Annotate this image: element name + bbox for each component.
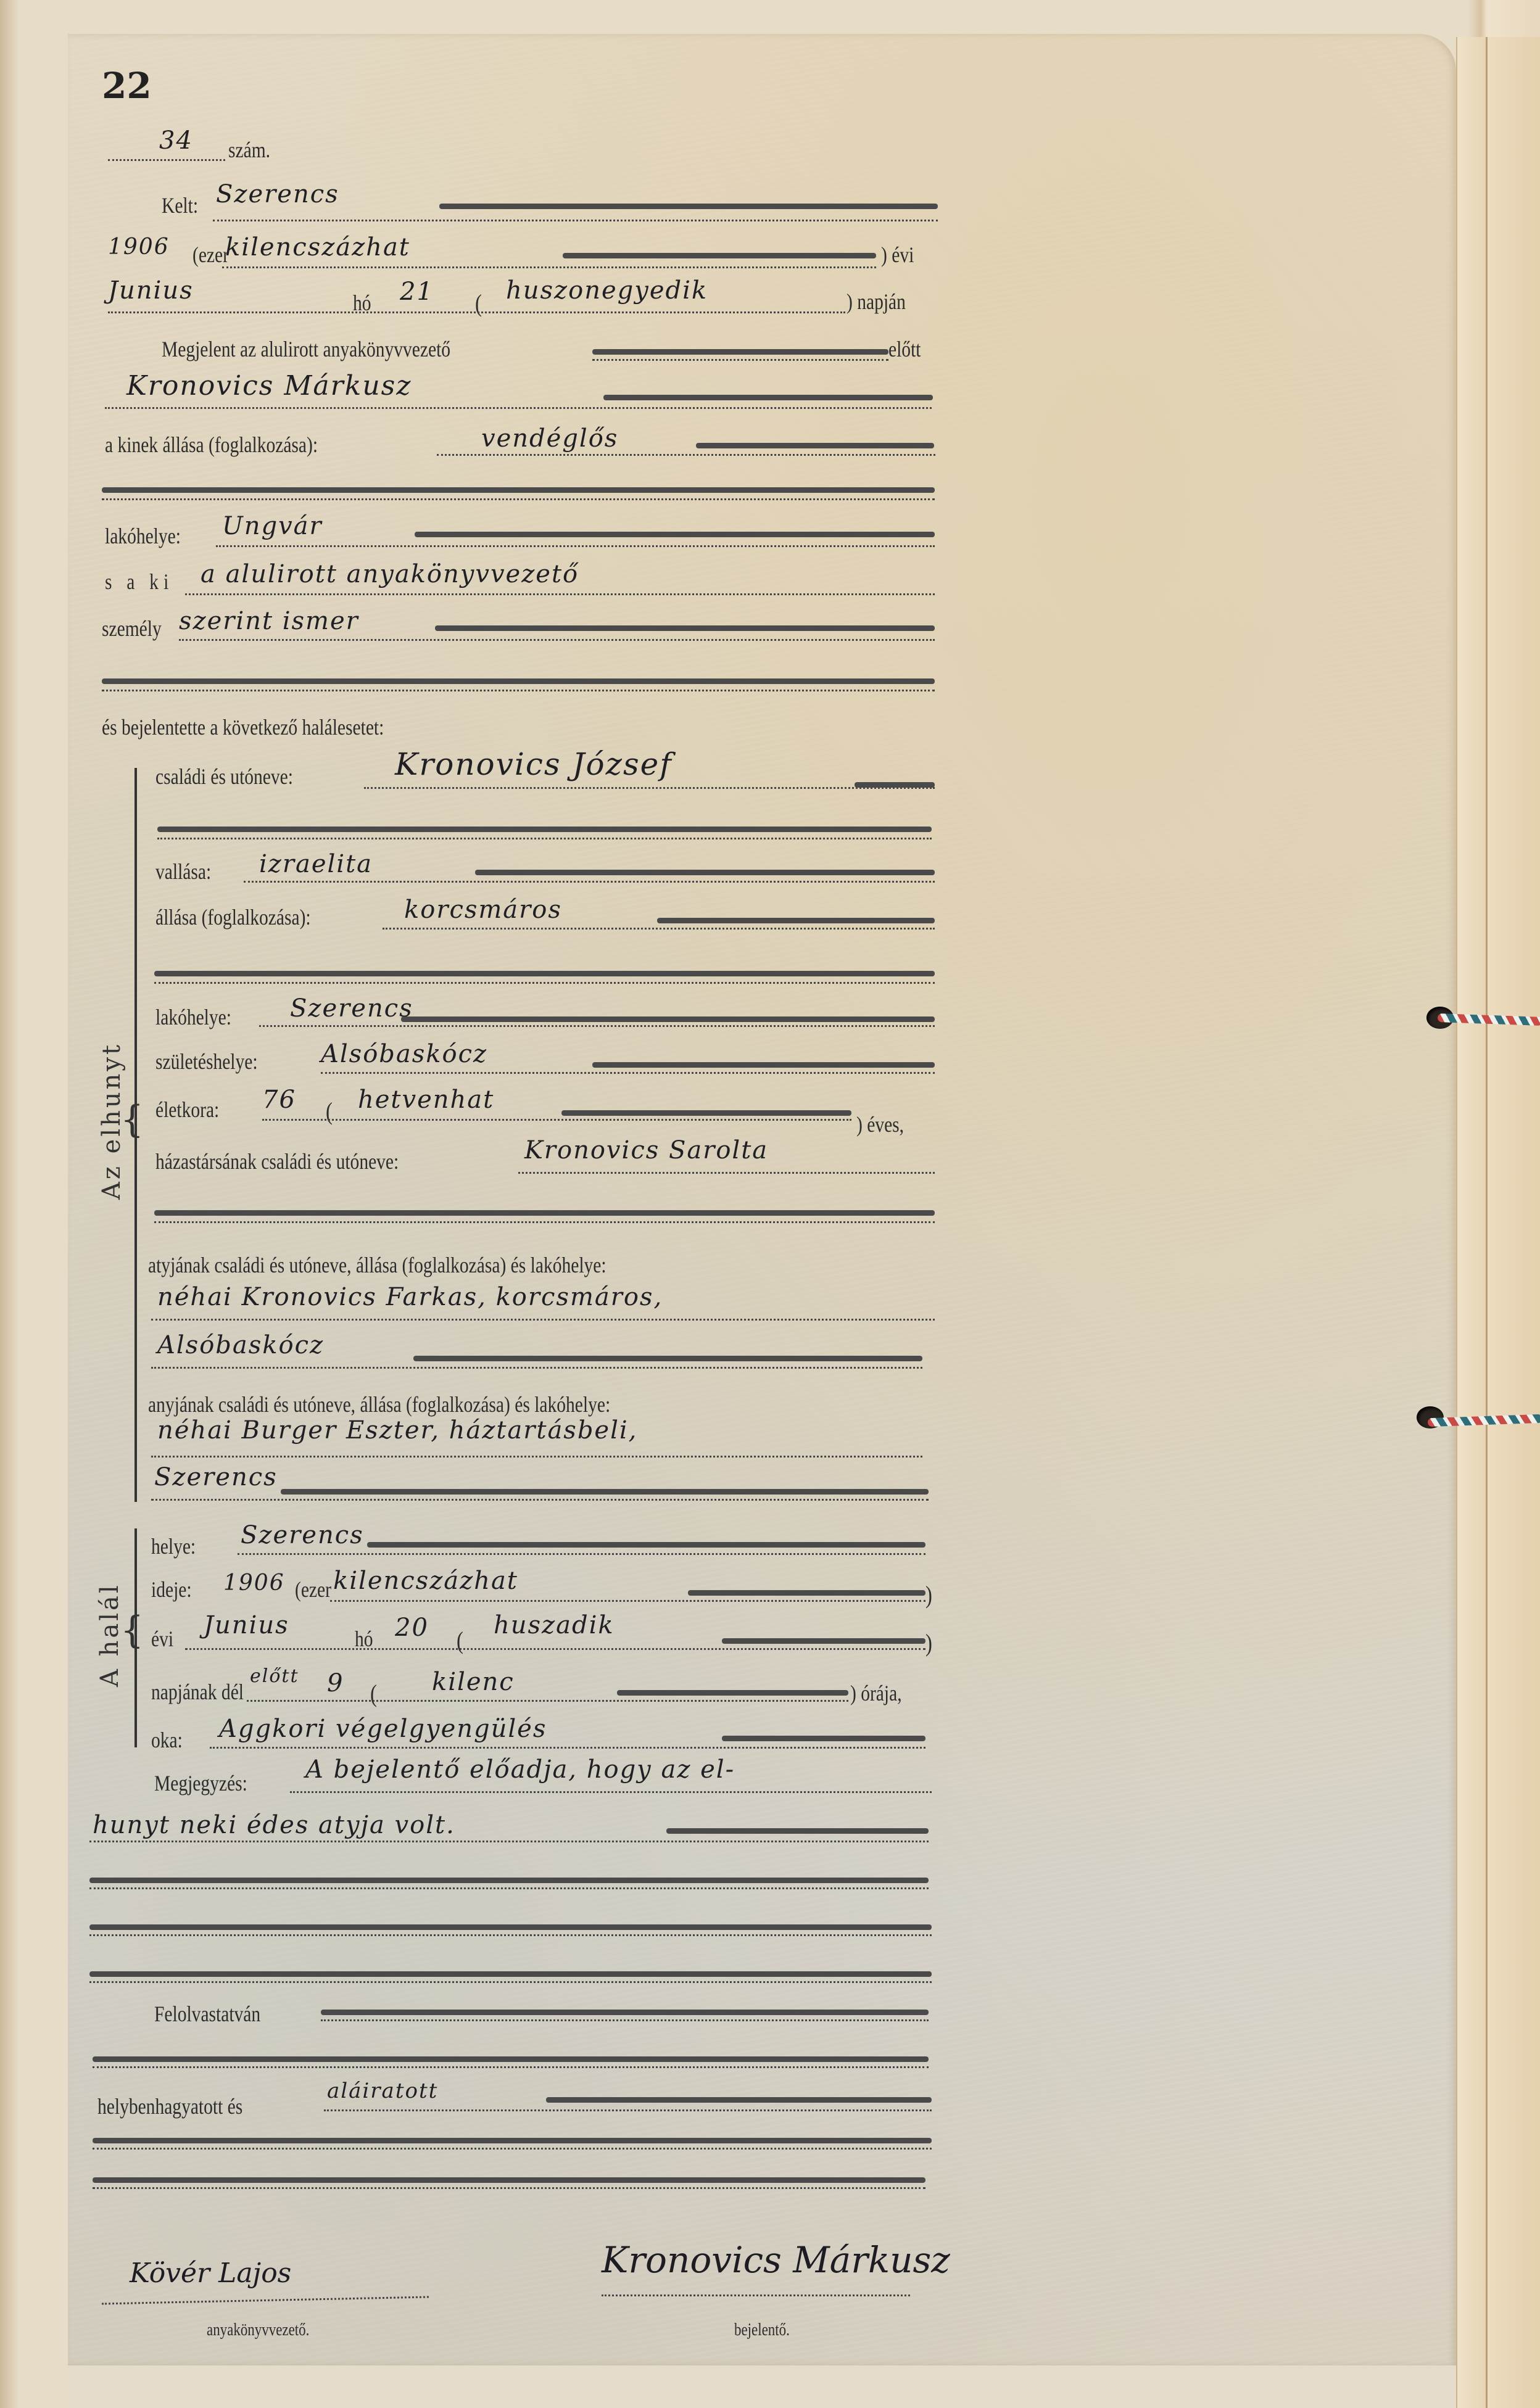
death-month: Junius: [204, 1611, 289, 1639]
death-year-words: kilencszázhat: [333, 1567, 518, 1595]
informant-occupation-label: a kinek állása (foglalkozása):: [105, 432, 318, 458]
reg-month: Junius: [108, 276, 194, 305]
remarks-blank-line-2-rule: [89, 1924, 932, 1930]
remarks-field-line-1: [290, 1791, 932, 1793]
kelt-label: Kelt:: [162, 192, 198, 218]
father-value-line2: Alsóbaskócz: [157, 1331, 324, 1359]
age-fill-rule: [561, 1110, 851, 1116]
birthplace-field-line: [321, 1072, 935, 1074]
age-field-line: [262, 1119, 851, 1121]
deceased-occupation-fill-rule: [657, 918, 935, 923]
entry-number-field-line: [108, 159, 225, 161]
read-fill-rule: [321, 2010, 929, 2015]
deceased-residence-value: Szerencs: [290, 994, 413, 1023]
known-label: s a ki: [105, 569, 174, 595]
read-label: Felolvastatván: [154, 2001, 260, 2027]
death-evi-label: évi: [151, 1626, 173, 1652]
birthplace-label: születéshelye:: [155, 1049, 258, 1074]
approved-fill-rule: [546, 2097, 932, 2103]
closing-blank-line-3-dots: [93, 2187, 925, 2189]
mother-field-line-1: [151, 1456, 922, 1458]
deceased-occupation-value: korcsmáros: [404, 896, 562, 924]
appeared-field-line: [592, 359, 888, 361]
known-field-line: [185, 593, 935, 595]
blank-line-1-rule: [102, 487, 935, 493]
death-cause-value: Aggkori végelgyengülés: [219, 1715, 547, 1743]
mother-value-line2: Szerencs: [154, 1463, 278, 1491]
informant-residence-value: Ungvár: [222, 512, 323, 540]
appeared-suffix: előtt: [888, 336, 921, 362]
deceased-blank-line-3-dots: [154, 1221, 935, 1223]
closing-blank-line-1-dots: [93, 2066, 929, 2068]
page-number: 22: [102, 65, 152, 107]
blank-line-2-rule: [102, 678, 935, 684]
reg-day-words: huszonegyedik: [506, 276, 708, 305]
appeared-label: Megjelent az alulirott anyakönyvvezető: [162, 336, 450, 362]
death-year-paren-close: ): [925, 1580, 932, 1609]
year-fill-rule: [563, 253, 876, 258]
entry-number: 34: [159, 126, 193, 155]
remarks-label: Megjegyzés:: [154, 1770, 247, 1796]
remarks-line1: A bejelentő előadja, hogy az el-: [305, 1755, 735, 1784]
remarks-blank-line-3-rule: [89, 1971, 932, 1977]
death-year-words-prefix: (ezer: [295, 1577, 331, 1602]
death-cause-fill-rule: [722, 1736, 925, 1741]
death-year-digits: 1906: [223, 1570, 285, 1596]
mother-field-line-2: [151, 1499, 929, 1501]
remarks-field-line-2: [89, 1841, 929, 1842]
person-fill-rule: [435, 625, 935, 631]
birthplace-fill-rule: [592, 1062, 935, 1068]
kelt-fill-rule: [439, 204, 938, 209]
adjacent-page-edge: [1488, 37, 1540, 2408]
death-hour-fill-rule: [617, 1690, 848, 1696]
death-cause-label: oka:: [151, 1727, 183, 1753]
binding-edge: [1456, 37, 1487, 2408]
informant-caption: bejelentő.: [734, 2320, 790, 2340]
deceased-name-label: családi és utóneve:: [155, 764, 293, 790]
closing-blank-line-3-rule: [93, 2177, 925, 2183]
informant-residence-fill-rule: [415, 532, 935, 537]
deceased-residence-label: lakóhelye:: [155, 1004, 231, 1030]
father-value-line1: néhai Kronovics Farkas, korcsmáros,: [157, 1283, 663, 1311]
deceased-blank-line-2-dots: [154, 982, 935, 984]
informant-signature-line: [602, 2295, 910, 2296]
remarks-fill-rule: [666, 1828, 929, 1834]
informant-name: Kronovics Márkusz: [126, 370, 412, 402]
informant-occupation-value: vendéglős: [481, 424, 618, 453]
spouse-field-line: [518, 1172, 935, 1174]
death-hour: 9: [327, 1669, 344, 1697]
mother-value-line1: néhai Burger Eszter, háztartásbeli,: [157, 1416, 637, 1445]
registrar-signature: Kövér Lajos: [130, 2257, 291, 2289]
deceased-blank-line-3-rule: [154, 1210, 935, 1216]
deceased-blank-line-1-dots: [157, 838, 932, 839]
father-fill-rule: [413, 1356, 922, 1361]
father-field-line-2: [151, 1367, 922, 1369]
death-hour-paren-open: (: [370, 1679, 377, 1708]
death-time-label: ideje:: [151, 1577, 192, 1602]
approved-label: helybenhagyatott és: [97, 2093, 242, 2119]
informant-residence-label: lakóhelye:: [105, 523, 181, 549]
reg-day-suffix: ) napján: [847, 289, 906, 315]
person-label: személy: [102, 616, 162, 641]
read-field-line: [321, 2019, 929, 2021]
death-day-paren-close: ): [925, 1628, 932, 1657]
year-suffix: ) évi: [881, 242, 914, 268]
death-day-paren-open: (: [457, 1626, 463, 1655]
age-words: hetvenhat: [358, 1086, 494, 1114]
mother-fill-rule: [281, 1489, 929, 1495]
death-hour-words: kilenc: [432, 1668, 515, 1696]
deceased-name-fill-rule: [855, 782, 935, 788]
death-place-field-line: [238, 1553, 925, 1555]
death-day: 20: [395, 1614, 429, 1642]
closing-blank-line-2-dots: [93, 2148, 932, 2150]
death-year-fill-rule: [688, 1590, 925, 1596]
appeared-fill-rule: [592, 349, 888, 355]
reg-day: 21: [400, 278, 434, 306]
religion-value: izraelita: [259, 850, 373, 878]
person-field-line: [179, 639, 935, 641]
approved-field-line: [324, 2109, 932, 2111]
remarks-blank-line-1-dots: [89, 1887, 929, 1889]
entry-number-label: szám.: [228, 137, 270, 163]
age-paren-open: (: [326, 1097, 333, 1126]
informant-signature: Kronovics Márkusz: [602, 2239, 950, 2281]
known-value: a alulirott anyakönyvvezető: [201, 560, 579, 588]
closing-blank-line-1-rule: [93, 2056, 929, 2062]
registrar-caption: anyakönyvvezető.: [207, 2320, 309, 2340]
death-place-value: Szerencs: [241, 1521, 364, 1549]
death-hour-period: előtt: [250, 1665, 299, 1687]
religion-fill-rule: [475, 870, 935, 875]
death-hour-suffix: ) órája,: [850, 1680, 902, 1706]
remarks-blank-line-3-dots: [89, 1981, 932, 1983]
death-place-fill-rule: [367, 1542, 925, 1548]
spouse-label: házastársának családi és utóneve:: [155, 1148, 399, 1174]
death-day-field-line: [185, 1648, 925, 1650]
informant-residence-field-line: [216, 545, 935, 547]
deceased-section-label: Az elhunyt: [97, 1042, 126, 1200]
informant-occupation-field-line: [437, 454, 935, 456]
age-label: életkora:: [155, 1097, 219, 1123]
death-section-label: A halál: [96, 1583, 124, 1687]
age-value: 76: [262, 1086, 296, 1114]
remarks-blank-line-2-dots: [89, 1934, 932, 1936]
kelt-value: Szerencs: [216, 180, 339, 208]
year-field-line: [222, 266, 876, 268]
death-hour-field-line: [247, 1700, 848, 1702]
blank-line-2-dots: [102, 690, 935, 691]
deceased-residence-field-line: [259, 1025, 935, 1027]
remarks-line2: hunyt neki édes atyja volt.: [93, 1811, 455, 1839]
spouse-value: Kronovics Sarolta: [524, 1136, 768, 1165]
approved-value: aláiratott: [327, 2079, 438, 2103]
kelt-field-line: [213, 220, 938, 221]
birthplace-value: Alsóbaskócz: [321, 1040, 487, 1068]
person-value: szerint ismer: [179, 607, 359, 635]
death-day-words: huszadik: [494, 1611, 615, 1639]
informant-occupation-fill-rule: [696, 443, 934, 448]
deceased-blank-line-2-rule: [154, 971, 935, 976]
reg-day-field-line: [108, 311, 845, 313]
death-place-label: helye:: [151, 1533, 196, 1559]
closing-blank-line-2-rule: [93, 2138, 932, 2143]
religion-field-line: [244, 881, 935, 883]
father-field-line-1: [151, 1319, 935, 1321]
year-digits: 1906: [108, 234, 170, 260]
informant-name-fill-rule: [603, 395, 933, 400]
blank-line-1-dots: [102, 498, 935, 500]
death-hour-label: napjának dél: [151, 1679, 244, 1705]
informant-name-field-line: [105, 407, 932, 409]
religion-label: vallása:: [155, 859, 211, 884]
death-day-fill-rule: [722, 1638, 925, 1644]
year-words: kilencszázhat: [225, 233, 410, 262]
deceased-name-value: Kronovics József: [395, 746, 673, 782]
death-cause-field-line: [210, 1747, 925, 1749]
mother-label: anyjának családi és utóneve, állása (fog…: [148, 1392, 610, 1417]
remarks-blank-line-1-rule: [89, 1878, 929, 1883]
deceased-blank-line-1-rule: [157, 827, 932, 832]
deceased-occupation-label: állása (foglalkozása):: [155, 904, 311, 930]
announced-label: és bejelentette a következő halálesetet:: [102, 714, 384, 740]
deceased-name-field-line: [364, 787, 935, 789]
deceased-residence-fill-rule: [401, 1016, 935, 1022]
deceased-occupation-field-line: [383, 928, 935, 930]
year-words-prefix: (ezer: [192, 242, 229, 268]
age-suffix: ) éves,: [856, 1111, 904, 1137]
father-label: atyjának családi és utóneve, állása (fog…: [148, 1252, 606, 1278]
death-year-field-line: [330, 1600, 925, 1602]
